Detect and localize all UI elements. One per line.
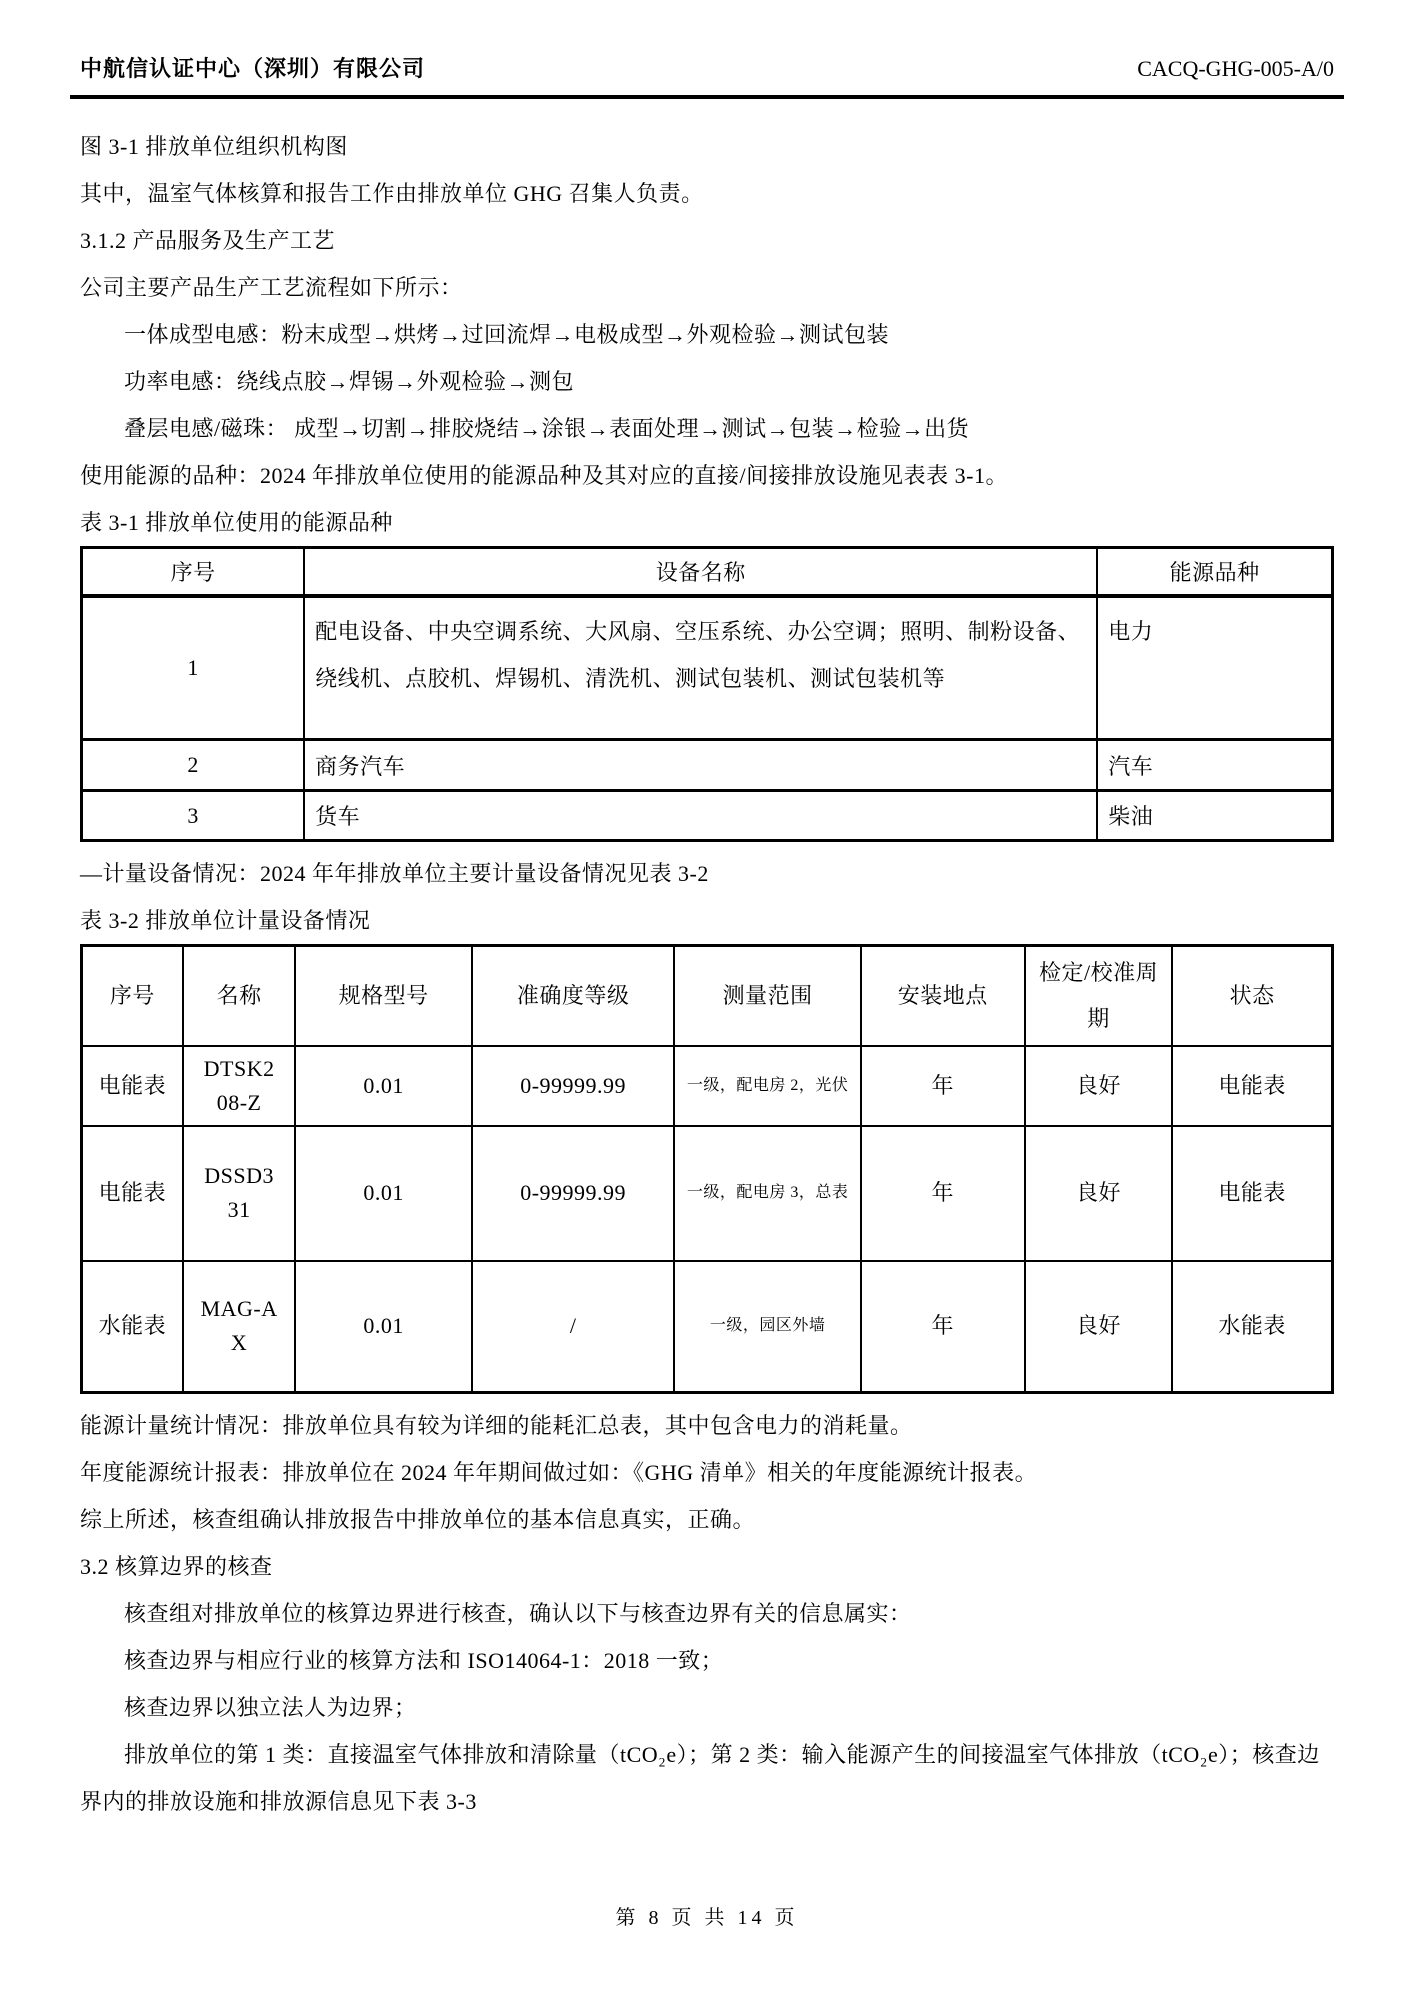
process-flow-power: 功率电感：绕线点胶→焊锡→外观检验→测包: [80, 358, 1334, 405]
table-header-cell: 序号: [82, 946, 183, 1046]
table-cell: 良好: [1025, 1261, 1173, 1393]
company-name: 中航信认证中心（深圳）有限公司: [80, 55, 425, 83]
metering-devices-table: 序号 名称 规格型号 准确度等级 测量范围 安装地点 检定/校准周期 状态 电能…: [80, 944, 1334, 1394]
table-header-cell: 名称: [183, 946, 296, 1046]
document-header: 中航信认证中心（深圳）有限公司 CACQ-GHG-005-A/0: [80, 55, 1334, 83]
document-body: 图 3-1 排放单位组织机构图 其中，温室气体核算和报告工作由排放单位 GHG …: [80, 123, 1334, 1825]
table1-caption: 表 3-1 排放单位使用的能源品种: [80, 499, 1334, 546]
document-code: CACQ-GHG-005-A/0: [1137, 55, 1334, 83]
table-header-cell: 检定/校准周期: [1025, 946, 1173, 1046]
figure-caption: 图 3-1 排放单位组织机构图: [80, 123, 1334, 170]
table-header-cell: 状态: [1172, 946, 1332, 1046]
annual-report-note: 年度能源统计报表：排放单位在 2024 年年期间做过如：《GHG 清单》相关的年…: [80, 1449, 1334, 1496]
table-cell: 电能表: [82, 1046, 183, 1126]
table-cell: 一级，配电房 2，光伏: [674, 1046, 860, 1126]
header-divider: [70, 95, 1344, 99]
table-cell: DTSK208-Z: [183, 1046, 296, 1126]
table-cell: 3: [82, 791, 305, 841]
table-cell: DSSD331: [183, 1126, 296, 1261]
table-cell: 电力: [1097, 596, 1332, 740]
table-header-row: 序号 设备名称 能源品种: [82, 548, 1333, 596]
table-header-cell: 测量范围: [674, 946, 860, 1046]
table-row: 3 货车 柴油: [82, 791, 1333, 841]
table-cell: 一级，配电房 3，总表: [674, 1126, 860, 1261]
table-cell: 水能表: [1172, 1261, 1332, 1393]
process-flow-molding: 一体成型电感：粉末成型→烘烤→过回流焊→电极成型→外观检验→测试包装: [80, 311, 1334, 358]
table-cell: 配电设备、中央空调系统、大风扇、空压系统、办公空调；照明、制粉设备、绕线机、点胶…: [304, 596, 1097, 740]
table-header-cell: 序号: [82, 548, 305, 596]
table-cell: 良好: [1025, 1126, 1173, 1261]
boundary-legal-note: 核查边界以独立法人为边界；: [80, 1684, 1334, 1731]
table-cell: 货车: [304, 791, 1097, 841]
table-header-cell: 设备名称: [304, 548, 1097, 596]
process-intro: 公司主要产品生产工艺流程如下所示：: [80, 264, 1334, 311]
table-row: 水能表 MAG-AX 0.01 / 一级，园区外墙 年 良好 水能表: [82, 1261, 1333, 1393]
energy-types-note: 使用能源的品种：2024 年排放单位使用的能源品种及其对应的直接/间接排放设施见…: [80, 452, 1334, 499]
page-number: 第 8 页 共 14 页: [0, 1901, 1414, 1930]
table-cell: 1: [82, 596, 305, 740]
section-heading-32: 3.2 核算边界的核查: [80, 1543, 1334, 1590]
table-cell: 年: [861, 1126, 1025, 1261]
table2-caption: 表 3-2 排放单位计量设备情况: [80, 897, 1334, 944]
table-cell: 一级，园区外墙: [674, 1261, 860, 1393]
table-header-cell: 规格型号: [295, 946, 471, 1046]
table-cell: 水能表: [82, 1261, 183, 1393]
section-heading-312: 3.1.2 产品服务及生产工艺: [80, 217, 1334, 264]
table-header-row: 序号 名称 规格型号 准确度等级 测量范围 安装地点 检定/校准周期 状态: [82, 946, 1333, 1046]
table-row: 1 配电设备、中央空调系统、大风扇、空压系统、办公空调；照明、制粉设备、绕线机、…: [82, 596, 1333, 740]
table-cell: 0-99999.99: [472, 1126, 675, 1261]
conclusion-note: 综上所述，核查组确认排放报告中排放单位的基本信息真实，正确。: [80, 1496, 1334, 1543]
table-cell: 良好: [1025, 1046, 1173, 1126]
energy-stats-note: 能源计量统计情况：排放单位具有较为详细的能耗汇总表，其中包含电力的消耗量。: [80, 1402, 1334, 1449]
table-cell: 0.01: [295, 1046, 471, 1126]
table-row: 电能表 DTSK208-Z 0.01 0-99999.99 一级，配电房 2，光…: [82, 1046, 1333, 1126]
boundary-intro: 核查组对排放单位的核算边界进行核查，确认以下与核查边界有关的信息属实：: [80, 1590, 1334, 1637]
table-header-cell: 准确度等级: [472, 946, 675, 1046]
responsibility-note: 其中，温室气体核算和报告工作由排放单位 GHG 召集人负责。: [80, 170, 1334, 217]
table-cell: 电能表: [1172, 1046, 1332, 1126]
table-cell: 0.01: [295, 1261, 471, 1393]
table-cell: 商务汽车: [304, 740, 1097, 791]
table-cell: 年: [861, 1046, 1025, 1126]
table-cell: MAG-AX: [183, 1261, 296, 1393]
metering-note: —计量设备情况：2024 年年排放单位主要计量设备情况见表 3-2: [80, 850, 1334, 897]
table-cell: 柴油: [1097, 791, 1332, 841]
table-cell: /: [472, 1261, 675, 1393]
boundary-scope-note: 排放单位的第 1 类：直接温室气体排放和清除量（tCO₂e）；第 2 类：输入能…: [80, 1731, 1334, 1825]
process-flow-multilayer: 叠层电感/磁珠： 成型→切割→排胶烧结→涂银→表面处理→测试→包装→检验→出货: [80, 405, 1334, 452]
table-cell: 电能表: [1172, 1126, 1332, 1261]
energy-types-table: 序号 设备名称 能源品种 1 配电设备、中央空调系统、大风扇、空压系统、办公空调…: [80, 546, 1334, 842]
table-cell: 0-99999.99: [472, 1046, 675, 1126]
table-cell: 汽车: [1097, 740, 1332, 791]
table-header-cell: 能源品种: [1097, 548, 1332, 596]
table-cell: 电能表: [82, 1126, 183, 1261]
table-cell: 2: [82, 740, 305, 791]
table-cell: 年: [861, 1261, 1025, 1393]
document-page: 中航信认证中心（深圳）有限公司 CACQ-GHG-005-A/0 图 3-1 排…: [0, 0, 1414, 2000]
table-row: 电能表 DSSD331 0.01 0-99999.99 一级，配电房 3，总表 …: [82, 1126, 1333, 1261]
table-cell: 0.01: [295, 1126, 471, 1261]
boundary-iso-note: 核查边界与相应行业的核算方法和 ISO14064-1：2018 一致；: [80, 1637, 1334, 1684]
table-row: 2 商务汽车 汽车: [82, 740, 1333, 791]
table-header-cell: 安装地点: [861, 946, 1025, 1046]
